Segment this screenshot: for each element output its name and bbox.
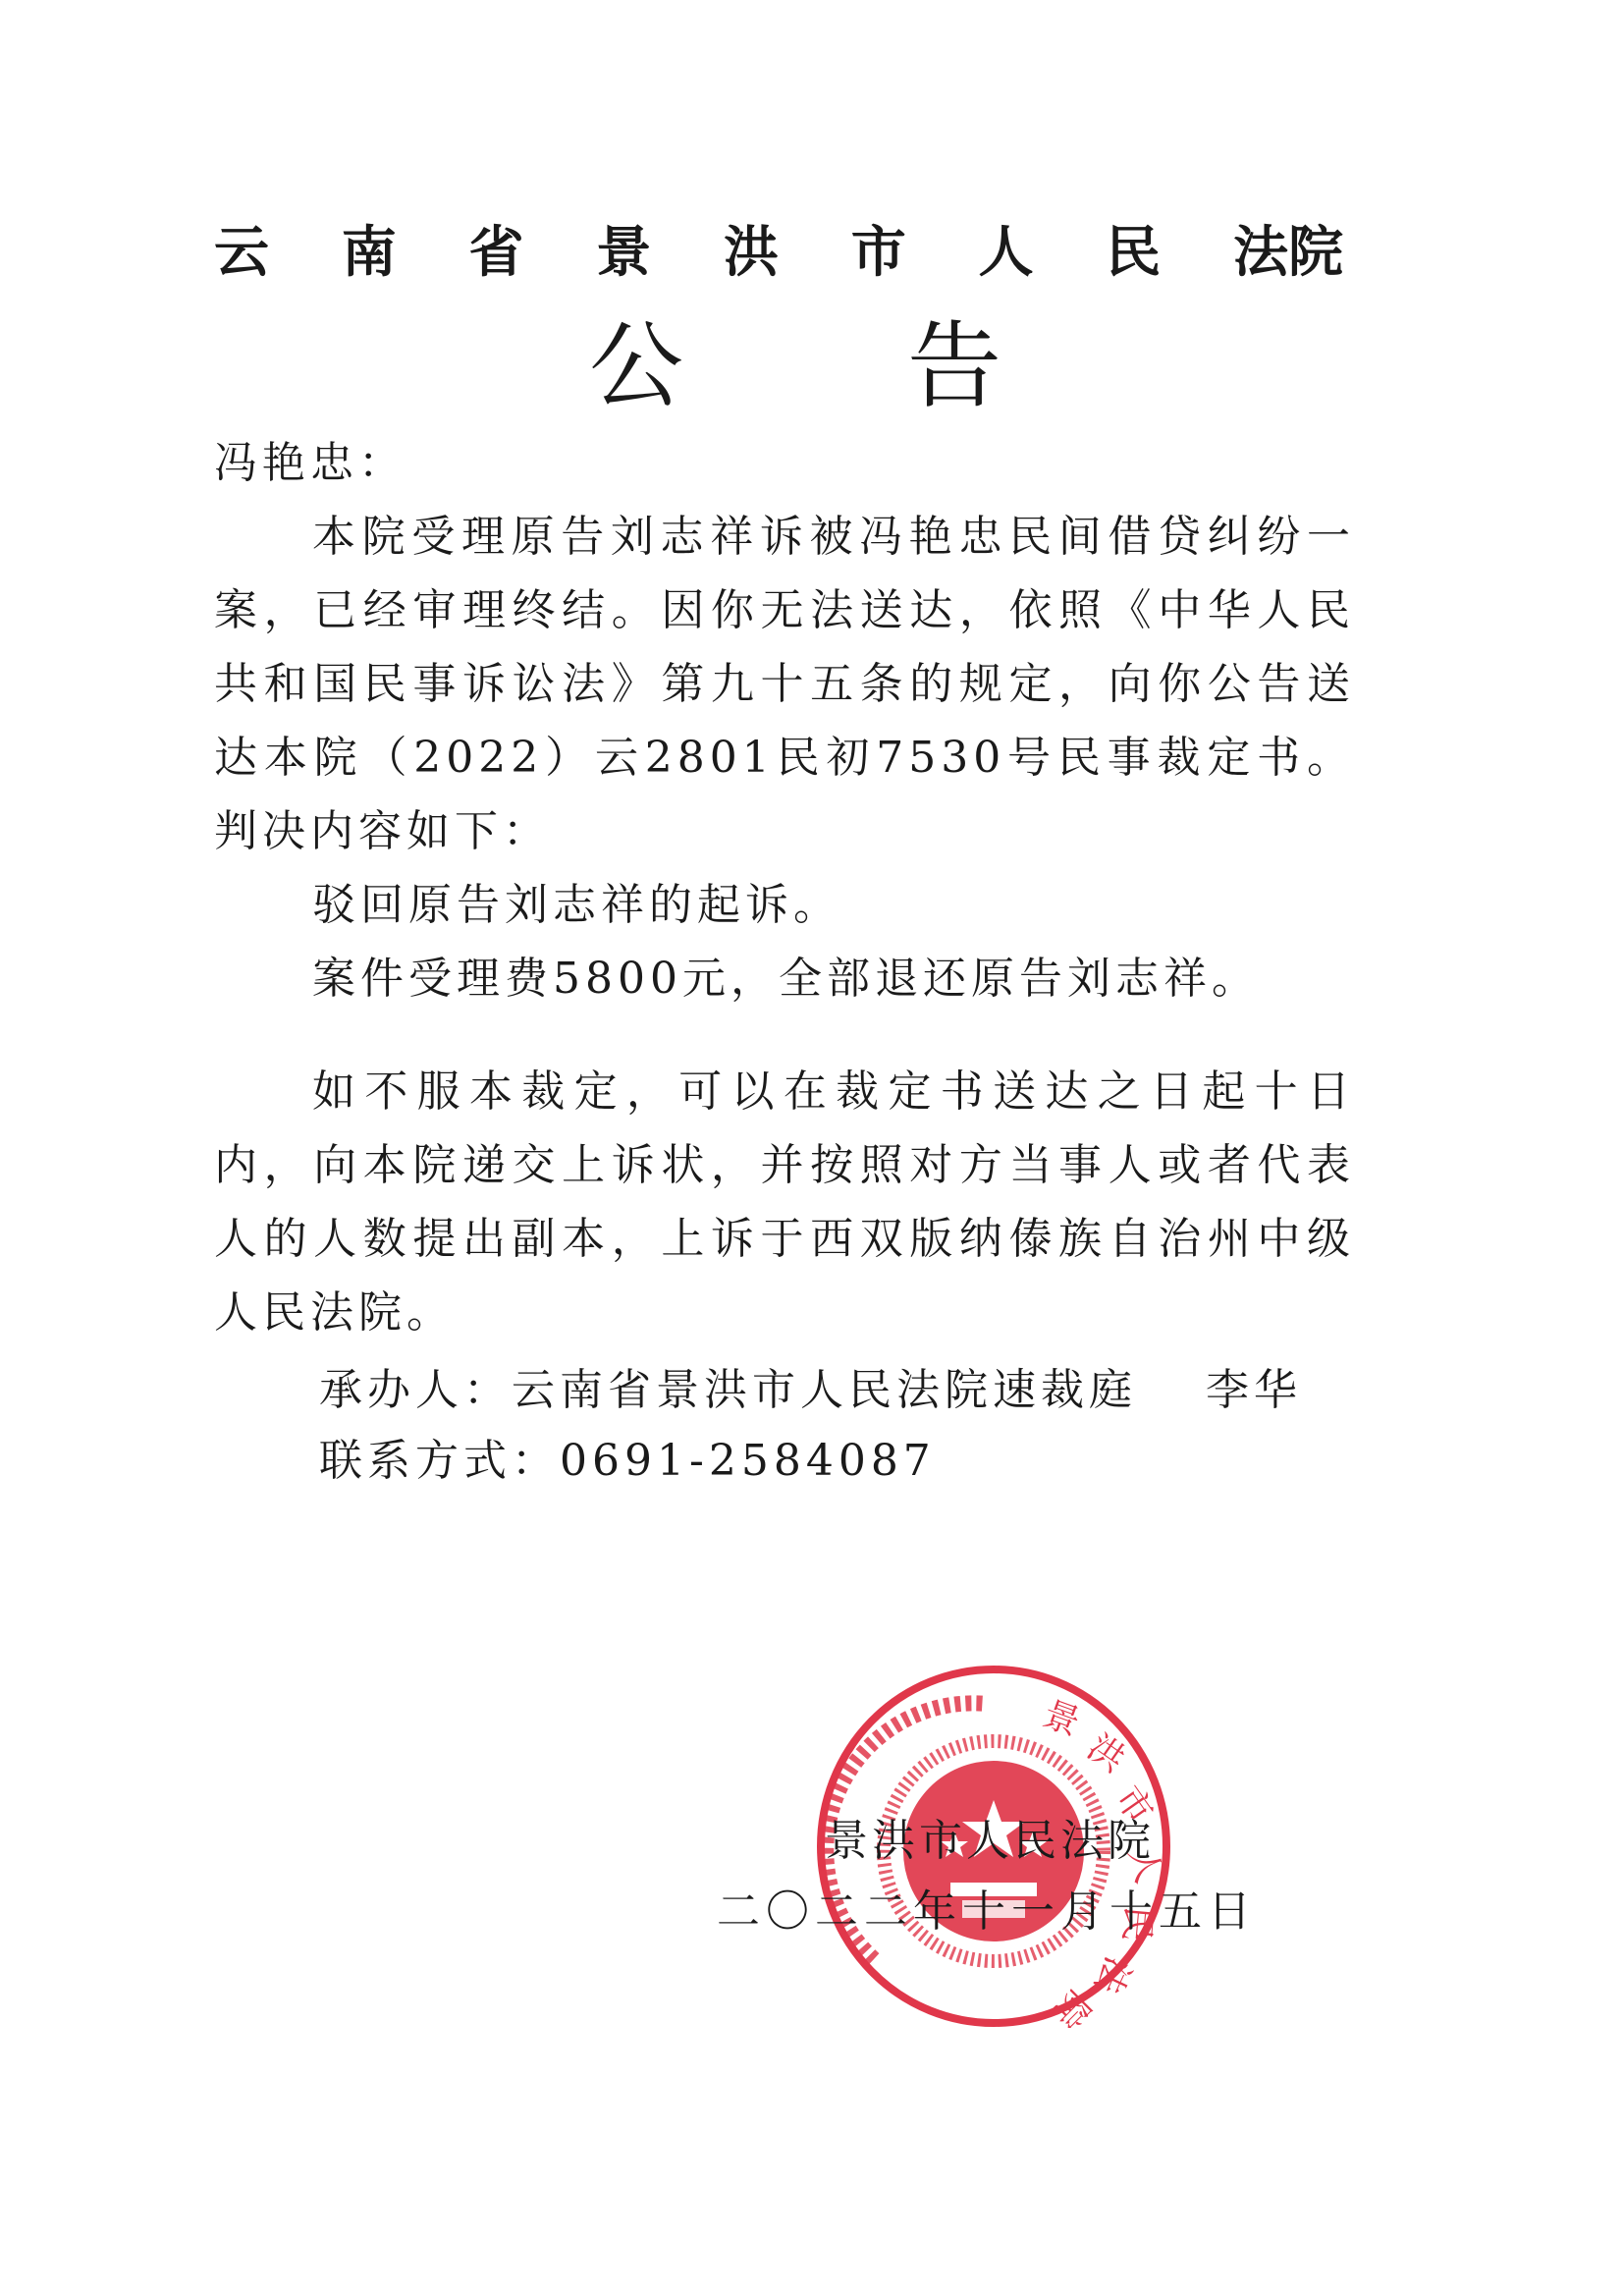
signing-court: 景洪市人民法院 xyxy=(825,1805,1155,1868)
case-paragraph: 本院受理原告刘志祥诉被冯艳忠民间借贷纠纷一案，已经审理终结。因你无法送达，依照《… xyxy=(214,500,1355,868)
title-char: 省 xyxy=(469,222,524,285)
title-char: 法院 xyxy=(1233,222,1343,285)
notice-body: 冯艳忠： 本院受理原告刘志祥诉被冯艳忠民间借贷纠纷一案，已经审理终结。因你无法送… xyxy=(214,426,1355,1349)
title-char: 洪 xyxy=(724,222,779,285)
phone-number: 0691-2584087 xyxy=(560,1436,936,1486)
phone-label: 联系方式： xyxy=(319,1436,560,1486)
document-type-title: 公 告 xyxy=(589,312,1001,420)
handler-line: 承办人：云南省景洪市人民法院速裁庭李华 xyxy=(319,1355,1302,1426)
spacer xyxy=(214,1015,1355,1055)
handler-label: 承办人： xyxy=(319,1365,512,1415)
signing-date: 二〇二二年十一月十五日 xyxy=(717,1876,1257,1939)
title-char: 人 xyxy=(979,222,1034,285)
phone-line: 联系方式：0691-2584087 xyxy=(319,1426,1302,1497)
court-title: 云 南 省 景 洪 市 人 民 法院 xyxy=(214,222,1343,285)
ruling-item: 案件受理费5800元，全部退还原告刘志祥。 xyxy=(214,942,1355,1015)
subtitle-char: 公 xyxy=(589,312,683,420)
ruling-item: 驳回原告刘志祥的起诉。 xyxy=(214,868,1355,942)
svg-text:景: 景 xyxy=(1038,1694,1085,1744)
handler-name: 李华 xyxy=(1206,1365,1302,1415)
title-char: 市 xyxy=(851,222,906,285)
handler-unit: 云南省景洪市人民法院速裁庭 xyxy=(512,1365,1137,1415)
contact-block: 承办人：云南省景洪市人民法院速裁庭李华 联系方式：0691-2584087 xyxy=(319,1355,1302,1497)
title-char: 景 xyxy=(596,222,651,285)
appeal-paragraph: 如不服本裁定，可以在裁定书送达之日起十日内，向本院递交上诉状，并按照对方当事人或… xyxy=(214,1055,1355,1349)
subtitle-char: 告 xyxy=(907,312,1001,420)
title-char: 民 xyxy=(1106,222,1161,285)
title-char: 云 xyxy=(214,222,269,285)
title-char: 南 xyxy=(342,222,397,285)
addressee: 冯艳忠： xyxy=(214,426,1355,500)
